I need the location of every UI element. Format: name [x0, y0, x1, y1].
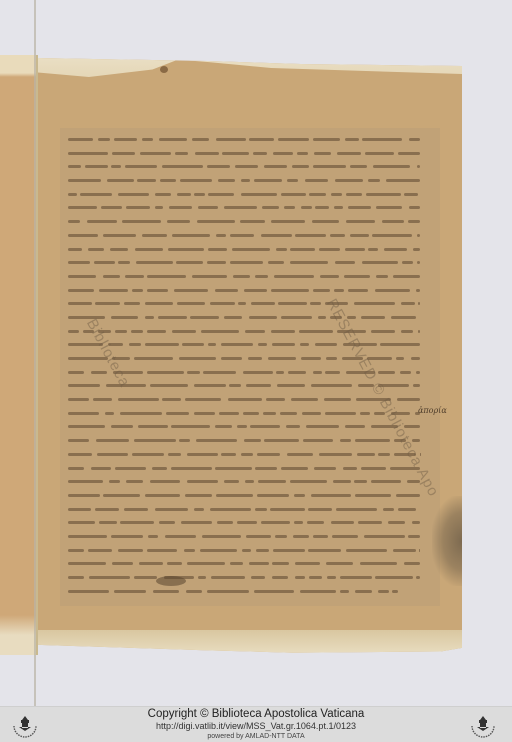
copyright-text: Copyright © Biblioteca Apostolica Vatica…: [0, 708, 512, 721]
vatican-library-seal-icon: [468, 710, 498, 740]
manuscript-line: [68, 230, 428, 242]
manuscript-viewer[interactable]: ἀπορία RESERVED © Biblioteca Apo Bibliot…: [0, 0, 512, 706]
ink-spot: [160, 66, 168, 73]
manuscript-line: [68, 161, 428, 173]
manuscript-line: [68, 476, 428, 488]
manuscript-line: [68, 134, 428, 146]
manuscript-line: [68, 189, 428, 201]
ink-blot: [156, 576, 186, 586]
manuscript-line: [68, 449, 428, 461]
binding-gutter: [34, 0, 36, 706]
manuscript-line: [68, 326, 428, 338]
manuscript-line: [68, 257, 428, 269]
facing-page-edge: [0, 55, 38, 655]
manuscript-line: [68, 586, 428, 598]
manuscript-line: [68, 490, 428, 502]
footer-bar: Copyright © Biblioteca Apostolica Vatica…: [0, 706, 512, 742]
manuscript-line: [68, 504, 428, 516]
manuscript-line: [68, 517, 428, 529]
manuscript-line: [68, 244, 428, 256]
manuscript-line: [68, 148, 428, 160]
manuscript-line: [68, 558, 428, 570]
folio-top-edge: [38, 56, 462, 86]
manuscript-line: [68, 531, 428, 543]
manuscript-line: [68, 216, 428, 228]
manuscript-line: [68, 202, 428, 214]
manuscript-line: [68, 463, 428, 475]
manuscript-line: [68, 408, 428, 420]
powered-by-text: powered by AMLAD-NTT DATA: [0, 732, 512, 741]
manuscript-line: [68, 298, 428, 310]
water-stain: [432, 496, 462, 586]
manuscript-line: [68, 285, 428, 297]
folio-bottom-edge: [38, 630, 462, 660]
manuscript-line: [68, 339, 428, 351]
manuscript-line: [68, 271, 428, 283]
marginal-annotation: ἀπορία: [418, 406, 447, 415]
manuscript-line: [68, 545, 428, 557]
manuscript-folio: ἀπορία RESERVED © Biblioteca Apo Bibliot…: [38, 56, 462, 660]
permalink-url[interactable]: http://digi.vatlib.it/view/MSS_Vat.gr.10…: [0, 721, 512, 732]
manuscript-line: [68, 312, 428, 324]
manuscript-line: [68, 572, 428, 584]
manuscript-line: [68, 435, 428, 447]
manuscript-line: [68, 421, 428, 433]
manuscript-line: [68, 175, 428, 187]
